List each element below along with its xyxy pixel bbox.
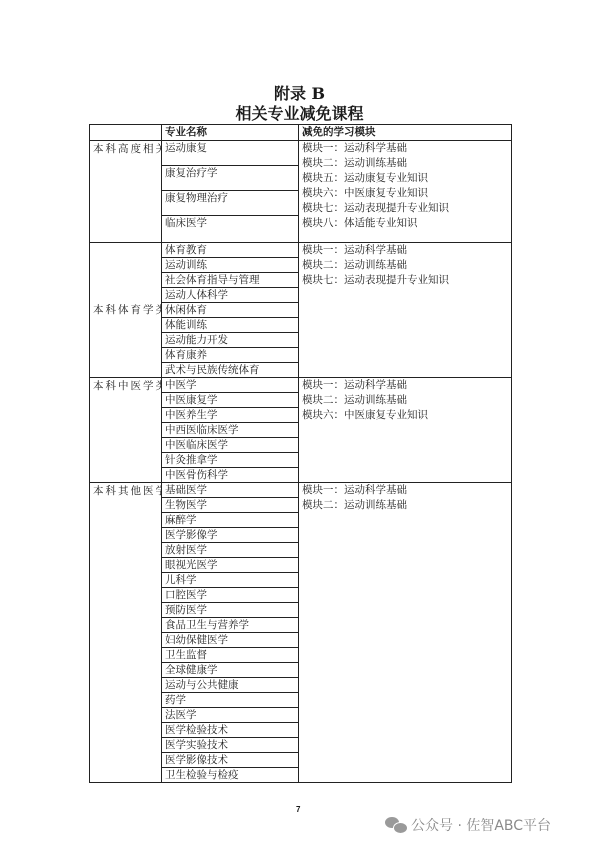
major-cell: 妇幼保健医学: [162, 633, 299, 648]
major-cell: 康复治疗学: [162, 166, 299, 191]
module-item: 模块一：运动科学基础: [302, 243, 508, 258]
module-item: 模块二：运动训练基础: [302, 498, 508, 513]
watermark: 公众号 · 佐智ABC平台: [385, 815, 551, 835]
major-cell: 口腔医学: [162, 588, 299, 603]
major-cell: 全球健康学: [162, 663, 299, 678]
major-cell: 运动能力开发: [162, 333, 299, 348]
major-cell: 放射医学: [162, 543, 299, 558]
modules-cell: 模块一：运动科学基础模块二：运动训练基础模块七：运动表现提升专业知识: [299, 243, 512, 378]
major-cell: 体育康养: [162, 348, 299, 363]
major-cell: 中医学: [162, 378, 299, 393]
modules-cell: 模块一：运动科学基础模块二：运动训练基础模块六：中医康复专业知识: [299, 378, 512, 483]
header-category: [90, 125, 162, 141]
major-cell: 中西医临床医学: [162, 423, 299, 438]
watermark-text: 公众号 · 佐智ABC平台: [411, 815, 551, 835]
major-cell: 休闲体育: [162, 303, 299, 318]
major-cell: 运动训练: [162, 258, 299, 273]
major-cell: 运动人体科学: [162, 288, 299, 303]
module-item: 模块一：运动科学基础: [302, 378, 508, 393]
table-row: 本科其他医学相关专业基础医学模块一：运动科学基础模块二：运动训练基础: [90, 483, 512, 498]
major-cell: 医学影像技术: [162, 753, 299, 768]
major-cell: 中医临床医学: [162, 438, 299, 453]
exemption-table: 专业名称 减免的学习模块 本科高度相关专业运动康复模块一：运动科学基础模块二：运…: [89, 124, 512, 783]
major-cell: 预防医学: [162, 603, 299, 618]
major-cell: 社会体育指导与管理: [162, 273, 299, 288]
major-cell: 麻醉学: [162, 513, 299, 528]
module-item: 模块七：运动表现提升专业知识: [302, 273, 508, 288]
module-item: 模块六：中医康复专业知识: [302, 408, 508, 423]
major-cell: 体育教育: [162, 243, 299, 258]
category-cell: 本科体育学类相关专业: [90, 243, 162, 378]
major-cell: 卫生检验与检疫: [162, 768, 299, 783]
module-item: 模块六：中医康复专业知识: [302, 186, 508, 201]
module-item: 模块二：运动训练基础: [302, 156, 508, 171]
category-cell: 本科其他医学相关专业: [90, 483, 162, 783]
major-cell: 中医骨伤科学: [162, 468, 299, 483]
document-title: 相关专业减免课程: [0, 104, 599, 124]
header-major-name: 专业名称: [162, 125, 299, 141]
major-cell: 医学检验技术: [162, 723, 299, 738]
category-cell: 本科高度相关专业: [90, 141, 162, 243]
module-item: 模块二：运动训练基础: [302, 258, 508, 273]
table-row: 本科中医学类相关专业中医学模块一：运动科学基础模块二：运动训练基础模块六：中医康…: [90, 378, 512, 393]
module-item: 模块五：运动康复专业知识: [302, 171, 508, 186]
major-cell: 眼视光医学: [162, 558, 299, 573]
page-number: 7: [296, 805, 300, 814]
modules-cell: 模块一：运动科学基础模块二：运动训练基础模块五：运动康复专业知识模块六：中医康复…: [299, 141, 512, 243]
major-cell: 医学影像学: [162, 528, 299, 543]
module-item: 模块一：运动科学基础: [302, 141, 508, 156]
major-cell: 中医康复学: [162, 393, 299, 408]
category-cell: 本科中医学类相关专业: [90, 378, 162, 483]
major-cell: 武术与民族传统体育: [162, 363, 299, 378]
module-item: 模块八：体适能专业知识: [302, 216, 508, 231]
modules-cell: 模块一：运动科学基础模块二：运动训练基础: [299, 483, 512, 783]
major-cell: 卫生监督: [162, 648, 299, 663]
major-cell: 药学: [162, 693, 299, 708]
wechat-icon: [385, 817, 407, 833]
major-cell: 针灸推拿学: [162, 453, 299, 468]
major-cell: 医学实验技术: [162, 738, 299, 753]
module-item: 模块七：运动表现提升专业知识: [302, 201, 508, 216]
major-cell: 体能训练: [162, 318, 299, 333]
major-cell: 临床医学: [162, 216, 299, 243]
major-cell: 基础医学: [162, 483, 299, 498]
major-cell: 康复物理治疗: [162, 191, 299, 216]
module-item: 模块一：运动科学基础: [302, 483, 508, 498]
major-cell: 儿科学: [162, 573, 299, 588]
major-cell: 生物医学: [162, 498, 299, 513]
table-row: 本科体育学类相关专业体育教育模块一：运动科学基础模块二：运动训练基础模块七：运动…: [90, 243, 512, 258]
table-header-row: 专业名称 减免的学习模块: [90, 125, 512, 141]
major-cell: 法医学: [162, 708, 299, 723]
major-cell: 食品卫生与营养学: [162, 618, 299, 633]
major-cell: 运动康复: [162, 141, 299, 166]
header-modules: 减免的学习模块: [299, 125, 512, 141]
table-row: 本科高度相关专业运动康复模块一：运动科学基础模块二：运动训练基础模块五：运动康复…: [90, 141, 512, 166]
appendix-label: 附录 B: [0, 84, 599, 104]
module-item: 模块二：运动训练基础: [302, 393, 508, 408]
major-cell: 中医养生学: [162, 408, 299, 423]
major-cell: 运动与公共健康: [162, 678, 299, 693]
